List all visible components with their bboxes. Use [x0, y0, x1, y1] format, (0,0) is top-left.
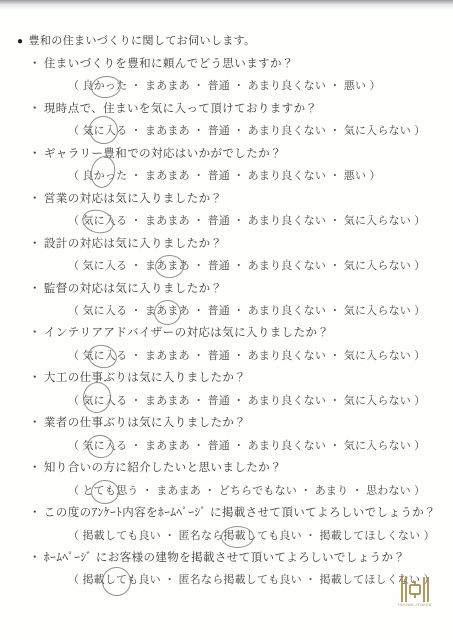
answer-option: あまり良くない [248, 255, 326, 277]
question-block: ・ﾎｰﾑﾍﾟｰｼﾞ にお客様の建物を掲載させて頂いてよろしいでしょうか？ （ 掲… [0, 547, 453, 592]
close-paren: ） [366, 170, 380, 182]
answer-option: まあまあ [145, 120, 190, 142]
question-block: ・現時点で、住まいを気に入って頂けておりますか？ （ 気に入る ・ まあまあ ・… [0, 98, 453, 143]
answer-option: 気に入る [82, 300, 127, 322]
option-separator-icon: ・ [127, 260, 145, 272]
question-text: 住まいづくりを豊和に頼んでどう思いますか？ [44, 58, 294, 70]
answer-options-row: （ とても思う ・ まあまあ ・ どちらでもない ・ あまり ・ 思わない ） [68, 480, 453, 502]
answer-option: 気に入らない [344, 345, 411, 367]
handwritten-selection-circle [86, 433, 117, 460]
option-separator-icon: ・ [302, 530, 320, 542]
option-separator-icon: ・ [127, 395, 145, 407]
close-paren: ） [411, 260, 425, 272]
question-block: ・設計の対応は気に入りましたか？ （ 気に入る ・ まあまあ ・ 普通 ・ あま… [0, 233, 453, 278]
option-separator-icon: ・ [190, 125, 208, 137]
answer-options-row: （ 気に入る ・ まあまあ ・ 普通 ・ あまり良くない ・ 気に入らない ） [68, 300, 453, 322]
handwritten-selection-circle [91, 480, 119, 504]
question-block: ・インテリアアドバイザーの対応は気に入りましたか？ （ 気に入る ・ まあまあ … [0, 322, 453, 367]
howa-maze-h-icon [400, 576, 430, 603]
question-bullet-icon: ・ [29, 372, 41, 384]
answer-option: 気に入らない [344, 120, 411, 142]
handwritten-selection-circle [154, 300, 181, 325]
answer-options-row: （ 気に入る ・ まあまあ ・ 普通 ・ あまり良くない ・ 気に入らない ） [68, 345, 453, 367]
header-bullet-icon: ● [17, 36, 23, 47]
answer-option: 普通 [208, 120, 230, 142]
answer-options-row: （ 気に入る ・ まあまあ ・ 普通 ・ あまり良くない ・ 気に入らない ） [68, 390, 453, 412]
question-text: 監督の対応は気に入りましたか？ [44, 283, 223, 295]
option-separator-icon: ・ [230, 440, 248, 452]
option-separator-icon: ・ [190, 305, 208, 317]
option-separator-icon: ・ [326, 170, 344, 182]
answer-option: 普通 [208, 255, 230, 277]
answer-option: 気に入らない [344, 300, 411, 322]
option-separator-icon: ・ [230, 170, 248, 182]
answer-option: まあまあ [145, 390, 190, 412]
answer-option: 普通 [208, 435, 230, 457]
question-text: インテリアアドバイザーの対応は気に入りましたか？ [44, 327, 329, 339]
answer-option: 匿名なら掲載しても良い [179, 569, 302, 591]
close-paren: ） [411, 440, 425, 452]
answer-option: あまり良くない [248, 300, 326, 322]
question-text: 営業の対応は気に入りましたか？ [44, 193, 223, 205]
answer-option: あまり [315, 480, 349, 502]
answer-option: あまり良くない [248, 120, 326, 142]
answer-option-selected: とても思う [82, 480, 138, 502]
close-paren: ） [420, 530, 434, 542]
open-paren: （ [68, 215, 82, 227]
survey-header-text: 豊和の住まいづくりに関してお伺いします。 [28, 35, 255, 47]
question-block: ・監督の対応は気に入りましたか？ （ 気に入る ・ まあまあ ・ 普通 ・ あま… [0, 278, 453, 323]
answer-option: 掲載してほしくない [320, 525, 421, 547]
question-block: ・この度のｱﾝｹｰﾄ内容をﾎｰﾑﾍﾟｰｼﾞ に掲載させて頂いてよろしいでしょうか… [0, 502, 453, 547]
question-text: ギャラリー豊和での対応はいかがでしたか？ [44, 148, 282, 160]
question-bullet-icon: ・ [29, 507, 41, 519]
option-separator-icon: ・ [326, 260, 344, 272]
answer-option: まあまあ [145, 165, 190, 187]
question-block: ・ギャラリー豊和での対応はいかがでしたか？ （ 良かった ・ まあまあ ・ 普通… [0, 143, 453, 188]
close-paren: ） [411, 305, 425, 317]
answer-option: 普通 [208, 75, 230, 97]
option-separator-icon: ・ [127, 440, 145, 452]
answer-option-selected: 気に入る [82, 210, 127, 232]
question-text: ﾎｰﾑﾍﾟｰｼﾞ にお客様の建物を掲載させて頂いてよろしいでしょうか？ [44, 552, 405, 564]
handwritten-selection-circle [155, 255, 184, 278]
option-separator-icon: ・ [302, 574, 320, 586]
question-text: この度のｱﾝｹｰﾄ内容をﾎｰﾑﾍﾟｰｼﾞ に掲載させて頂いてよろしいでしょうか？ [44, 507, 436, 519]
option-separator-icon: ・ [161, 574, 179, 586]
answer-option-selected: 気に入る [82, 390, 127, 412]
option-separator-icon: ・ [190, 395, 208, 407]
option-separator-icon: ・ [190, 260, 208, 272]
option-separator-icon: ・ [127, 350, 145, 362]
handwritten-selection-circle [80, 207, 117, 237]
option-separator-icon: ・ [127, 305, 145, 317]
option-separator-icon: ・ [326, 395, 344, 407]
option-separator-icon: ・ [161, 530, 179, 542]
answer-option: あまり良くない [248, 165, 326, 187]
question-bullet-icon: ・ [29, 283, 41, 295]
option-separator-icon: ・ [138, 485, 156, 497]
question-text: 現時点で、住まいを気に入って頂けておりますか？ [44, 103, 317, 115]
answer-option: 普通 [208, 210, 230, 232]
option-separator-icon: ・ [326, 305, 344, 317]
question-block: ・業者の仕事ぶりは気に入りましたか？ （ 気に入る ・ まあまあ ・ 普通 ・ … [0, 412, 453, 457]
answer-options-row: （ 気に入る ・ まあまあ ・ 普通 ・ あまり良くない ・ 気に入らない ） [68, 435, 453, 457]
answer-option-selected: 良かった [82, 75, 127, 97]
answer-option: 気に入らない [344, 255, 411, 277]
option-separator-icon: ・ [230, 305, 248, 317]
question-bullet-icon: ・ [29, 148, 41, 160]
handwritten-selection-circle [90, 75, 122, 100]
open-paren: （ [68, 485, 82, 497]
handwritten-selection-circle [86, 342, 119, 371]
option-separator-icon: ・ [230, 395, 248, 407]
option-separator-icon: ・ [190, 350, 208, 362]
option-separator-icon: ・ [297, 485, 315, 497]
answer-option: 悪い [344, 75, 366, 97]
answer-option-selected: まあまあ [145, 255, 190, 277]
answer-options-row: （ 気に入る ・ まあまあ ・ 普通 ・ あまり良くない ・ 気に入らない ） [68, 210, 453, 232]
question-text: 業者の仕事ぶりは気に入りましたか？ [44, 417, 246, 429]
answer-options-row: （ 掲載しても良い ・ 匿名なら掲載しても良い ・ 掲載してほしくない ） [68, 569, 453, 591]
answer-option: 気に入らない [344, 210, 411, 232]
option-separator-icon: ・ [190, 170, 208, 182]
answer-option: どちらでもない [219, 480, 297, 502]
answer-option: 気に入らない [344, 390, 411, 412]
close-paren: ） [411, 350, 425, 362]
open-paren: （ [68, 260, 82, 272]
answer-option: まあまあ [145, 210, 190, 232]
logo-caption: HOUWA JYUKEN [398, 603, 432, 607]
option-separator-icon: ・ [190, 80, 208, 92]
survey-content: ●豊和の住まいづくりに関してお伺いします。 ・住まいづくりを豊和に頼んでどう思い… [0, 0, 453, 592]
answer-option: 掲載しても良い [82, 525, 160, 547]
open-paren: （ [68, 574, 82, 586]
answer-option: まあまあ [156, 480, 201, 502]
answer-option-selected: 気に入る [82, 345, 127, 367]
answer-option: 普通 [208, 165, 230, 187]
open-paren: （ [68, 395, 82, 407]
question-bullet-icon: ・ [29, 238, 41, 250]
answer-option: 気に入らない [344, 435, 411, 457]
answer-option-selected: 気に入る [82, 435, 127, 457]
answer-options-row: （ 掲載しても良い ・ 匿名なら掲載しても良い ・ 掲載してほしくない ） [68, 525, 453, 547]
option-separator-icon: ・ [348, 485, 366, 497]
open-paren: （ [68, 80, 82, 92]
option-separator-icon: ・ [230, 80, 248, 92]
question-bullet-icon: ・ [29, 103, 41, 115]
answer-option: まあまあ [145, 75, 190, 97]
option-separator-icon: ・ [127, 170, 145, 182]
answer-options-row: （ 良かった ・ まあまあ ・ 普通 ・ あまり良くない ・ 悪い ） [68, 75, 453, 97]
answer-options-row: （ 良かった ・ まあまあ ・ 普通 ・ あまり良くない ・ 悪い ） [68, 165, 453, 187]
option-separator-icon: ・ [230, 125, 248, 137]
question-block: ・知り合いの方に紹介したいと思いましたか？ （ とても思う ・ まあまあ ・ ど… [0, 457, 453, 502]
answer-option: 気に入る [82, 255, 127, 277]
option-separator-icon: ・ [326, 125, 344, 137]
option-separator-icon: ・ [127, 125, 145, 137]
option-separator-icon: ・ [326, 215, 344, 227]
option-separator-icon: ・ [201, 485, 219, 497]
question-bullet-icon: ・ [29, 462, 41, 474]
question-block: ・営業の対応は気に入りましたか？ （ 気に入る ・ まあまあ ・ 普通 ・ あま… [0, 188, 453, 233]
answer-option: 普通 [208, 345, 230, 367]
option-separator-icon: ・ [190, 215, 208, 227]
open-paren: （ [68, 530, 82, 542]
answer-option: あまり良くない [248, 390, 326, 412]
close-paren: ） [411, 125, 425, 137]
option-separator-icon: ・ [230, 350, 248, 362]
open-paren: （ [68, 170, 82, 182]
question-bullet-icon: ・ [29, 193, 41, 205]
answer-option-selected: 良かった [82, 165, 127, 187]
answer-option-selected: 匿名なら掲載しても良い [179, 525, 302, 547]
question-list: ・住まいづくりを豊和に頼んでどう思いますか？ （ 良かった ・ まあまあ ・ 普… [0, 53, 453, 592]
answer-option: あまり良くない [248, 75, 326, 97]
question-text: 知り合いの方に紹介したいと思いましたか？ [44, 462, 282, 474]
question-bullet-icon: ・ [29, 417, 41, 429]
answer-option: 悪い [344, 165, 366, 187]
close-paren: ） [366, 80, 380, 92]
open-paren: （ [68, 350, 82, 362]
open-paren: （ [68, 440, 82, 452]
option-separator-icon: ・ [127, 215, 145, 227]
answer-option: 普通 [208, 300, 230, 322]
answer-option: まあまあ [145, 345, 190, 367]
scanned-survey-page: ●豊和の住まいづくりに関してお伺いします。 ・住まいづくりを豊和に頼んでどう思い… [0, 0, 453, 640]
answer-option: 思わない [366, 480, 411, 502]
question-bullet-icon: ・ [29, 552, 41, 564]
answer-option-selected: 気に入る [82, 120, 127, 142]
answer-option: まあまあ [145, 435, 190, 457]
close-paren: ） [411, 215, 425, 227]
answer-options-row: （ 気に入る ・ まあまあ ・ 普通 ・ あまり良くない ・ 気に入らない ） [68, 120, 453, 142]
survey-header: ●豊和の住まいづくりに関してお伺いします。 [17, 30, 453, 53]
close-paren: ） [411, 395, 425, 407]
question-bullet-icon: ・ [29, 58, 41, 70]
answer-option: 普通 [208, 390, 230, 412]
answer-option: あまり良くない [248, 210, 326, 232]
answer-option: あまり良くない [248, 345, 326, 367]
open-paren: （ [68, 125, 82, 137]
option-separator-icon: ・ [230, 215, 248, 227]
handwritten-selection-circle [221, 526, 254, 548]
answer-option: あまり良くない [248, 435, 326, 457]
question-block: ・住まいづくりを豊和に頼んでどう思いますか？ （ 良かった ・ まあまあ ・ 普… [0, 53, 453, 98]
open-paren: （ [68, 305, 82, 317]
option-separator-icon: ・ [326, 80, 344, 92]
handwritten-selection-circle [101, 566, 132, 597]
close-paren: ） [411, 485, 425, 497]
answer-option-selected: まあまあ [145, 300, 190, 322]
question-text: 設計の対応は気に入りましたか？ [44, 238, 223, 250]
option-separator-icon: ・ [127, 80, 145, 92]
answer-option-selected: 掲載しても良い [82, 569, 160, 591]
question-block: ・大工の仕事ぶりは気に入りましたか？ （ 気に入る ・ まあまあ ・ 普通 ・ … [0, 367, 453, 412]
company-logo: HOUWA JYUKEN [398, 576, 432, 607]
answer-options-row: （ 気に入る ・ まあまあ ・ 普通 ・ あまり良くない ・ 気に入らない ） [68, 255, 453, 277]
question-bullet-icon: ・ [29, 327, 41, 339]
option-separator-icon: ・ [190, 440, 208, 452]
question-text: 大工の仕事ぶりは気に入りましたか？ [44, 372, 246, 384]
option-separator-icon: ・ [326, 350, 344, 362]
option-separator-icon: ・ [326, 440, 344, 452]
option-separator-icon: ・ [230, 260, 248, 272]
